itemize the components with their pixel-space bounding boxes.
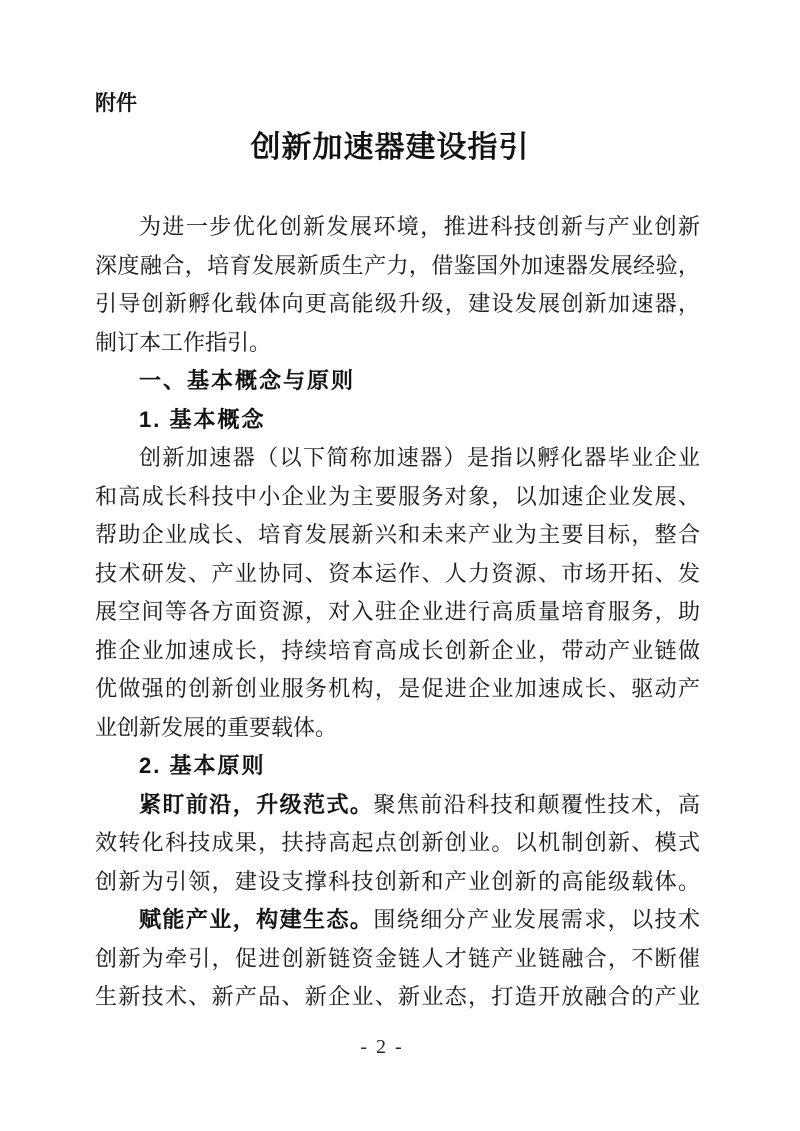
text-line: 赋能产业，构建生态。围绕细分产业发展需求，以技术 <box>95 901 700 940</box>
text-line: 优做强的创新创业服务机构，是促进企业加速成长、驱动产 <box>95 670 700 709</box>
text-line: 创新为牵引，促进创新链资金链人才链产业链融合，不断催 <box>95 940 700 979</box>
text-line: 技术研发、产业协同、资本运作、人力资源、市场开拓、发 <box>95 555 700 594</box>
text-line: 业创新发展的重要载体。 <box>95 709 700 748</box>
attachment-label: 附件 <box>95 0 800 118</box>
text-line: 创新为引领，建设支撑科技创新和产业创新的高能级载体。 <box>95 863 700 902</box>
text-line: 深度融合，培育发展新质生产力，借鉴国外加速器发展经验， <box>95 247 700 286</box>
text-line: 为进一步优化创新发展环境，推进科技创新与产业创新 <box>95 208 700 247</box>
bold-lead-in: 赋能产业，构建生态。 <box>139 907 373 932</box>
text-line: 创新加速器（以下简称加速器）是指以孵化器毕业企业 <box>95 439 700 478</box>
document-title: 创新加速器建设指引 <box>50 128 730 168</box>
text-line: 和高成长科技中小企业为主要服务对象，以加速企业发展、 <box>95 478 700 517</box>
heading-line: 2. 基本原则 <box>95 747 700 786</box>
text-line: 推企业加速成长，持续培育高成长创新企业，带动产业链做 <box>95 632 700 671</box>
text-line: 引导创新孵化载体向更高能级升级，建设发展创新加速器， <box>95 285 700 324</box>
document-body: 为进一步优化创新发展环境，推进科技创新与产业创新深度融合，培育发展新质生产力，借… <box>0 208 800 1017</box>
text-line: 帮助企业成长、培育发展新兴和未来产业为主要目标，整合 <box>95 516 700 555</box>
text-line: 展空间等各方面资源，对入驻企业进行高质量培育服务，助 <box>95 593 700 632</box>
text-line: 制订本工作指引。 <box>95 324 700 363</box>
document-page: 附件 创新加速器建设指引 为进一步优化创新发展环境，推进科技创新与产业创新深度融… <box>0 0 800 1131</box>
heading-line: 一、基本概念与原则 <box>95 362 700 401</box>
text-line: 效转化科技成果，扶持高起点创新创业。以机制创新、模式 <box>95 824 700 863</box>
bold-lead-in: 紧盯前沿，升级范式。 <box>139 792 373 817</box>
text-line: 紧盯前沿，升级范式。聚焦前沿科技和颠覆性技术，高 <box>95 786 700 825</box>
text-line: 生新技术、新产品、新企业、新业态，打造开放融合的产业 <box>95 978 700 1017</box>
heading-line: 1. 基本概念 <box>95 401 700 440</box>
page-number: - 2 - <box>0 1036 782 1059</box>
